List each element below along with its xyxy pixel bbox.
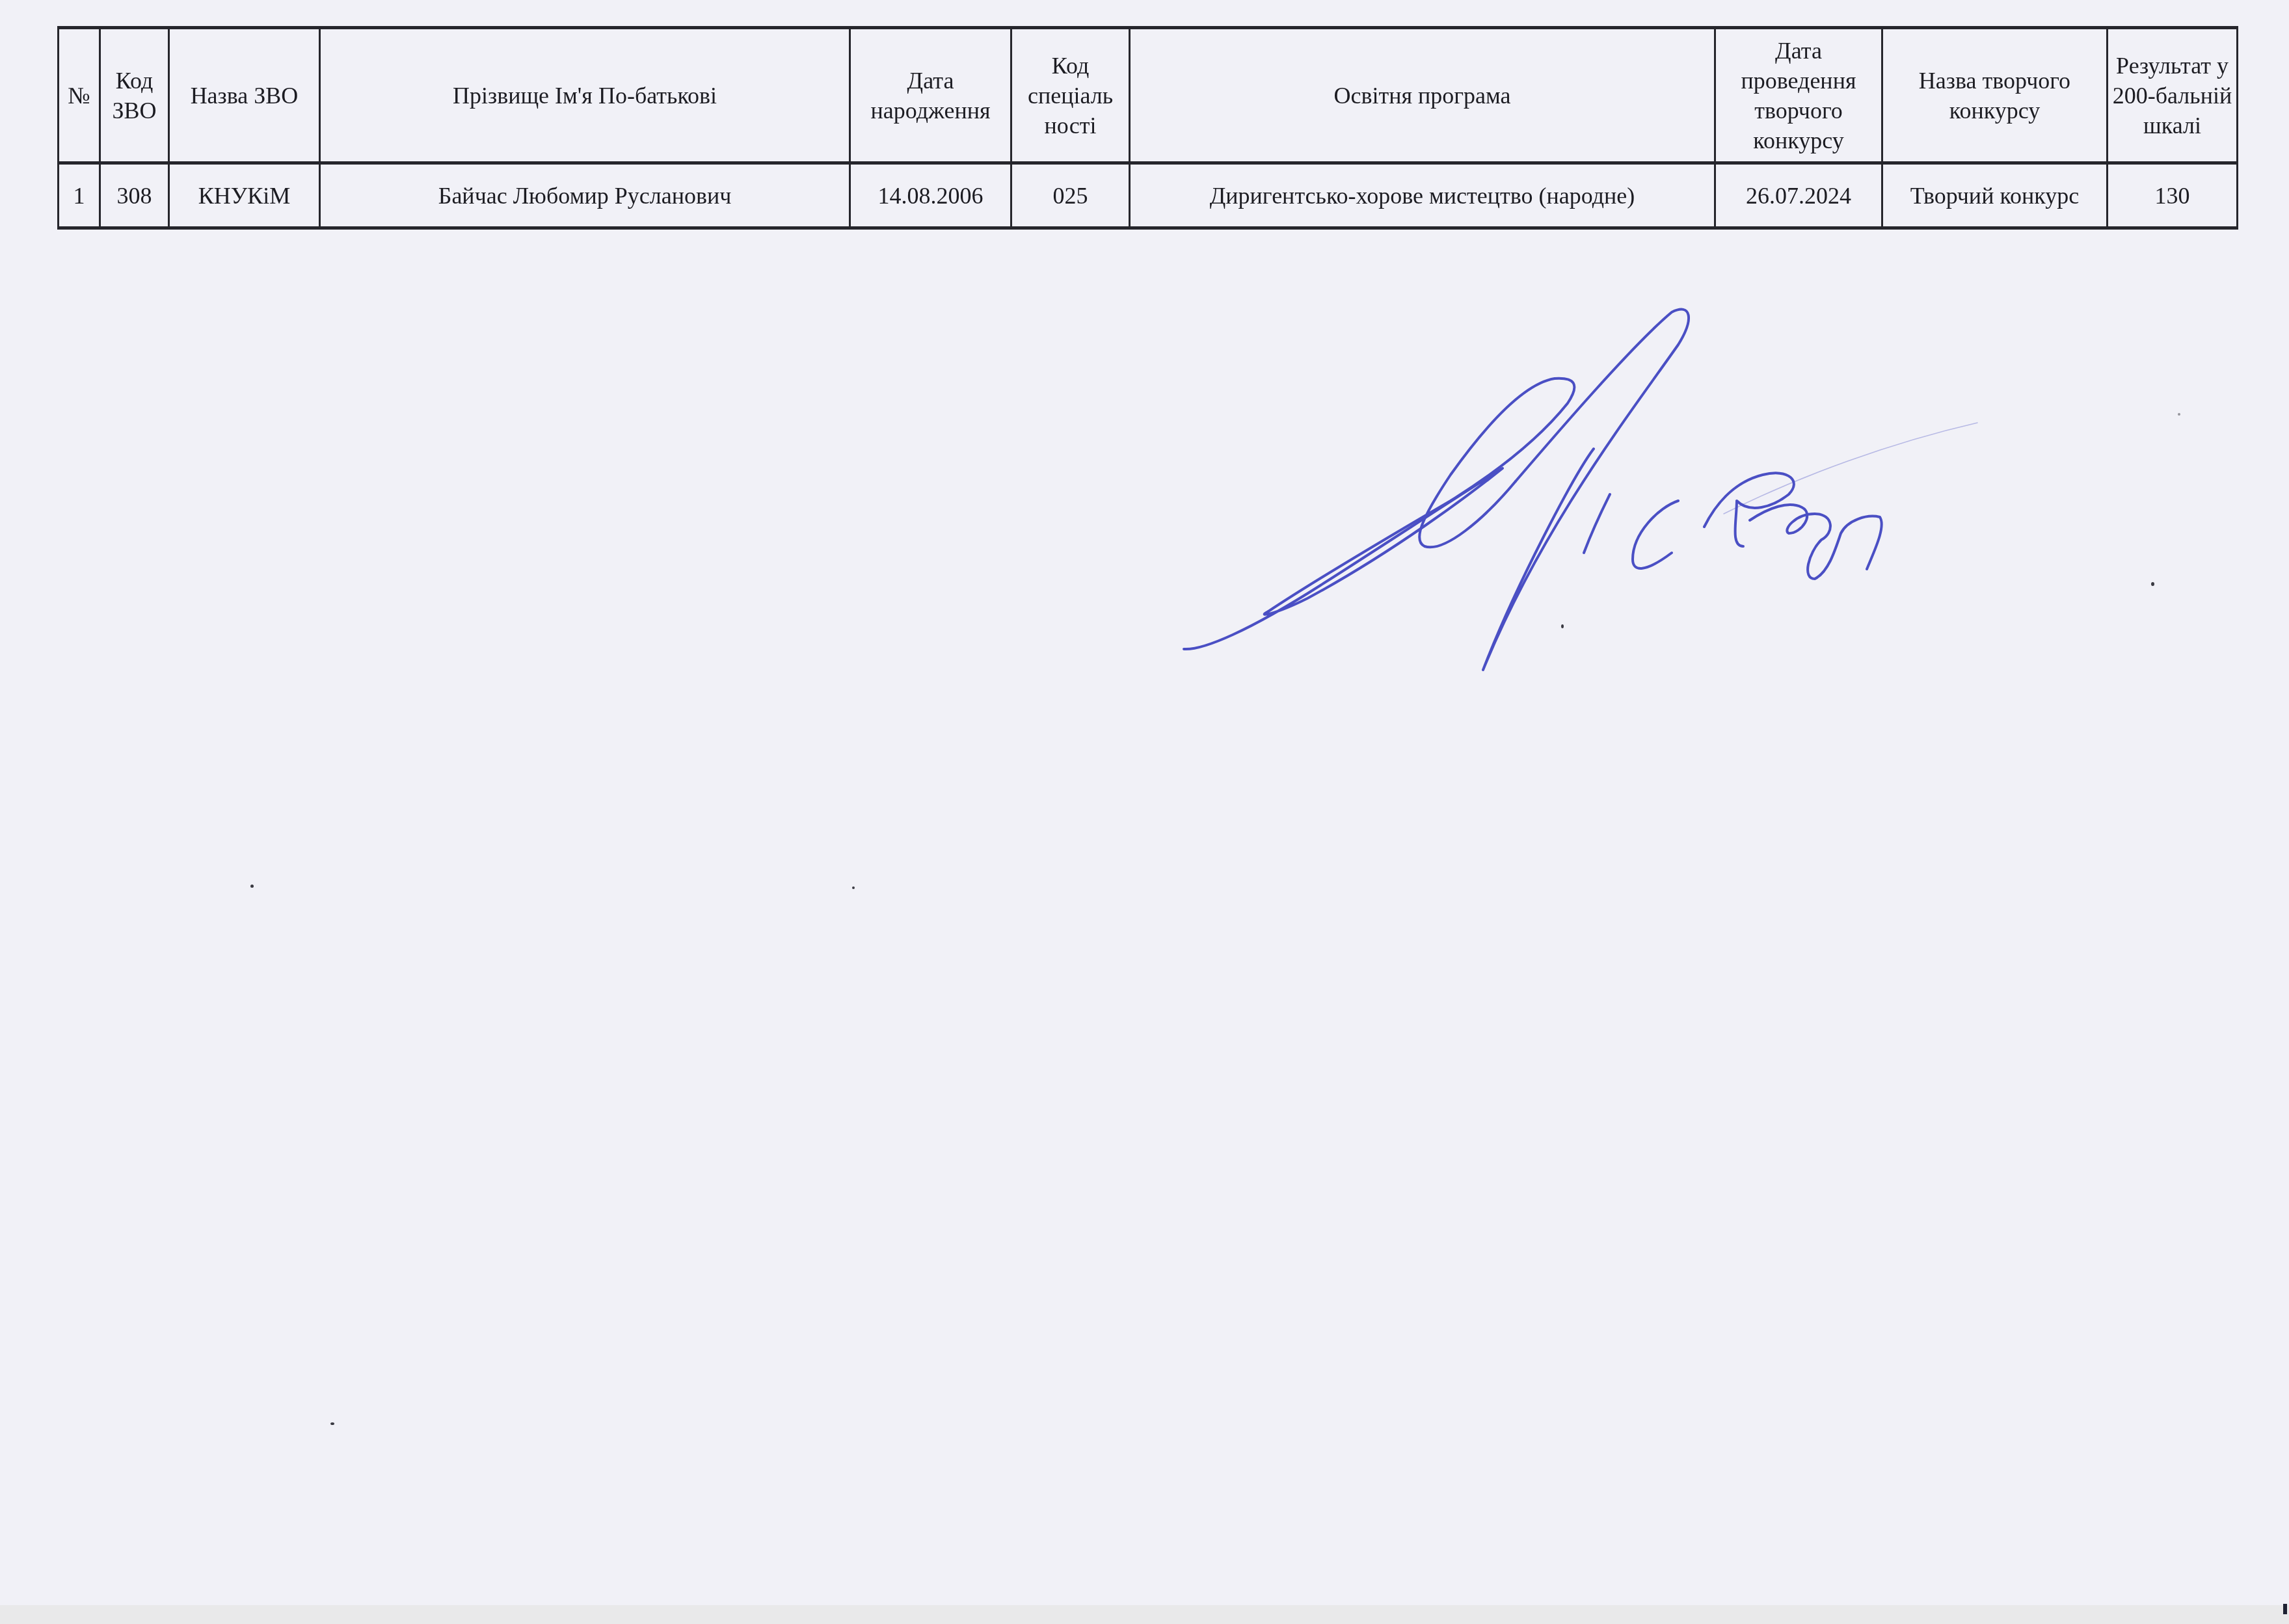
page-bottom-edge bbox=[0, 1605, 2289, 1624]
scan-speck bbox=[1561, 624, 1564, 628]
scan-speck bbox=[330, 1422, 334, 1425]
handwritten-signature-icon bbox=[1177, 306, 2088, 683]
scan-speck bbox=[2178, 413, 2180, 416]
scan-speck bbox=[852, 886, 855, 889]
cell-full-name: Байчас Любомир Русланович bbox=[320, 163, 850, 228]
table-header: № Код ЗВО Назва ЗВО Прізвище Ім'я По-бат… bbox=[59, 28, 2238, 163]
table-body: 1 308 КНУКіМ Байчас Любомир Русланович 1… bbox=[59, 163, 2238, 228]
table-row: 1 308 КНУКіМ Байчас Любомир Русланович 1… bbox=[59, 163, 2238, 228]
scanner-edge-mark bbox=[2283, 1604, 2287, 1614]
header-contest-date: Дата проведення творчого конкурсу bbox=[1715, 28, 1882, 163]
header-specialty-code: Код спеціаль ності bbox=[1011, 28, 1130, 163]
header-program: Освітня програма bbox=[1130, 28, 1715, 163]
cell-score: 130 bbox=[2108, 163, 2238, 228]
cell-inst-code: 308 bbox=[100, 163, 169, 228]
header-full-name: Прізвище Ім'я По-батькові bbox=[320, 28, 850, 163]
cell-specialty-code: 025 bbox=[1011, 163, 1130, 228]
cell-program: Диригентсько-хорове мистецтво (народне) bbox=[1130, 163, 1715, 228]
scanned-page: № Код ЗВО Назва ЗВО Прізвище Ім'я По-бат… bbox=[0, 0, 2289, 1618]
header-contest-name: Назва творчого конкурсу bbox=[1882, 28, 2108, 163]
scan-speck bbox=[2151, 582, 2154, 586]
header-num: № bbox=[59, 28, 100, 163]
header-row: № Код ЗВО Назва ЗВО Прізвище Ім'я По-бат… bbox=[59, 28, 2238, 163]
cell-birth-date: 14.08.2006 bbox=[850, 163, 1011, 228]
cell-contest-name: Творчий конкурс bbox=[1882, 163, 2108, 228]
scan-speck bbox=[250, 885, 254, 888]
header-birth-date: Дата народження bbox=[850, 28, 1011, 163]
header-score: Результат у 200-бальній шкалі bbox=[2108, 28, 2238, 163]
results-table: № Код ЗВО Назва ЗВО Прізвище Ім'я По-бат… bbox=[57, 26, 2238, 230]
header-inst-name: Назва ЗВО bbox=[169, 28, 320, 163]
header-inst-code: Код ЗВО bbox=[100, 28, 169, 163]
cell-inst-name: КНУКіМ bbox=[169, 163, 320, 228]
cell-num: 1 bbox=[59, 163, 100, 228]
cell-contest-date: 26.07.2024 bbox=[1715, 163, 1882, 228]
